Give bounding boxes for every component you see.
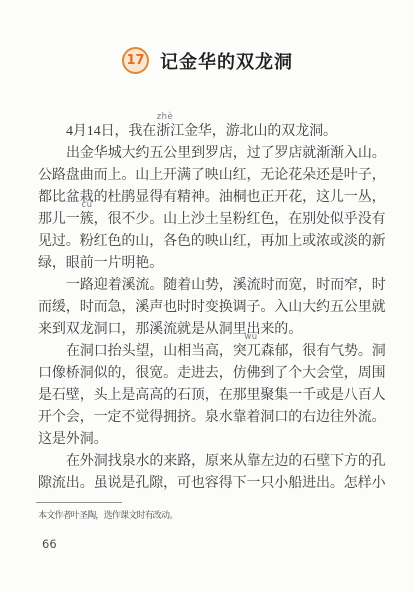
body-text: 4月14日，我在浙江金华，游北山的双龙洞。 出金华城大约五公里到罗店，过了罗店就… [38,121,388,495]
lesson-title-row: 17 记金华的双龙洞 [0,47,415,74]
text-line: 4月14日，我在浙江金华，游北山的双龙洞。 [38,121,388,143]
footnote: 本文作者叶圣陶，选作课文时有改动。 [38,508,177,521]
text-line: 出金华城大约五公里到罗店，过了罗店就渐渐入山。 [38,143,388,165]
text-line: 那儿一簇，很不少。山上沙土呈粉红色，在别处似乎没有 [38,209,388,231]
textbook-page: 17 记金华的双龙洞 zhè cù wù 4月14日，我在浙江金华，游北山的双龙… [0,0,415,592]
text-line: 见过。粉红色的山，各色的映山红，再加上或浓或淡的新 [38,231,388,253]
text-line: 绿，眼前一片明艳。 [38,253,388,275]
text-line: 在外洞找泉水的来路，原来从靠左边的石壁下方的孔 [38,451,388,473]
text-line: 一路迎着溪流。随着山势，溪流时而宽，时而窄，时 [38,275,388,297]
text-line: 隙流出。虽说是孔隙，可也容得下一只小船进出。怎样小 [38,473,388,495]
text-line: 这是外洞。 [38,429,388,451]
text-line: 都比盆栽的杜鹃显得有精神。油桐也正开花，这儿一丛， [38,187,388,209]
footnote-divider [36,502,122,503]
text-line: 是石壁，头上是高高的石顶，在那里聚集一千或是八百人 [38,385,388,407]
text-line: 而缓，时而急，溪声也时时变换调子。入山大约五公里就 [38,297,388,319]
lesson-number: 17 [126,53,144,68]
lesson-title: 记金华的双龙洞 [160,48,293,74]
lesson-number-badge: 17 [122,47,149,74]
page-number: 66 [42,537,57,551]
text-line: 来到双龙洞口，那溪流就是从洞里出来的。 [38,319,388,341]
text-line: 在洞口抬头望，山相当高，突兀森郁，很有气势。洞 [38,341,388,363]
text-line: 口像桥洞似的，很宽。走进去，仿佛到了个大会堂，周围 [38,363,388,385]
text-line: 开个会，一定不觉得拥挤。泉水靠着洞口的右边往外流。 [38,407,388,429]
text-line: 公路盘曲而上。山上开满了映山红，无论花朵还是叶子， [38,165,388,187]
